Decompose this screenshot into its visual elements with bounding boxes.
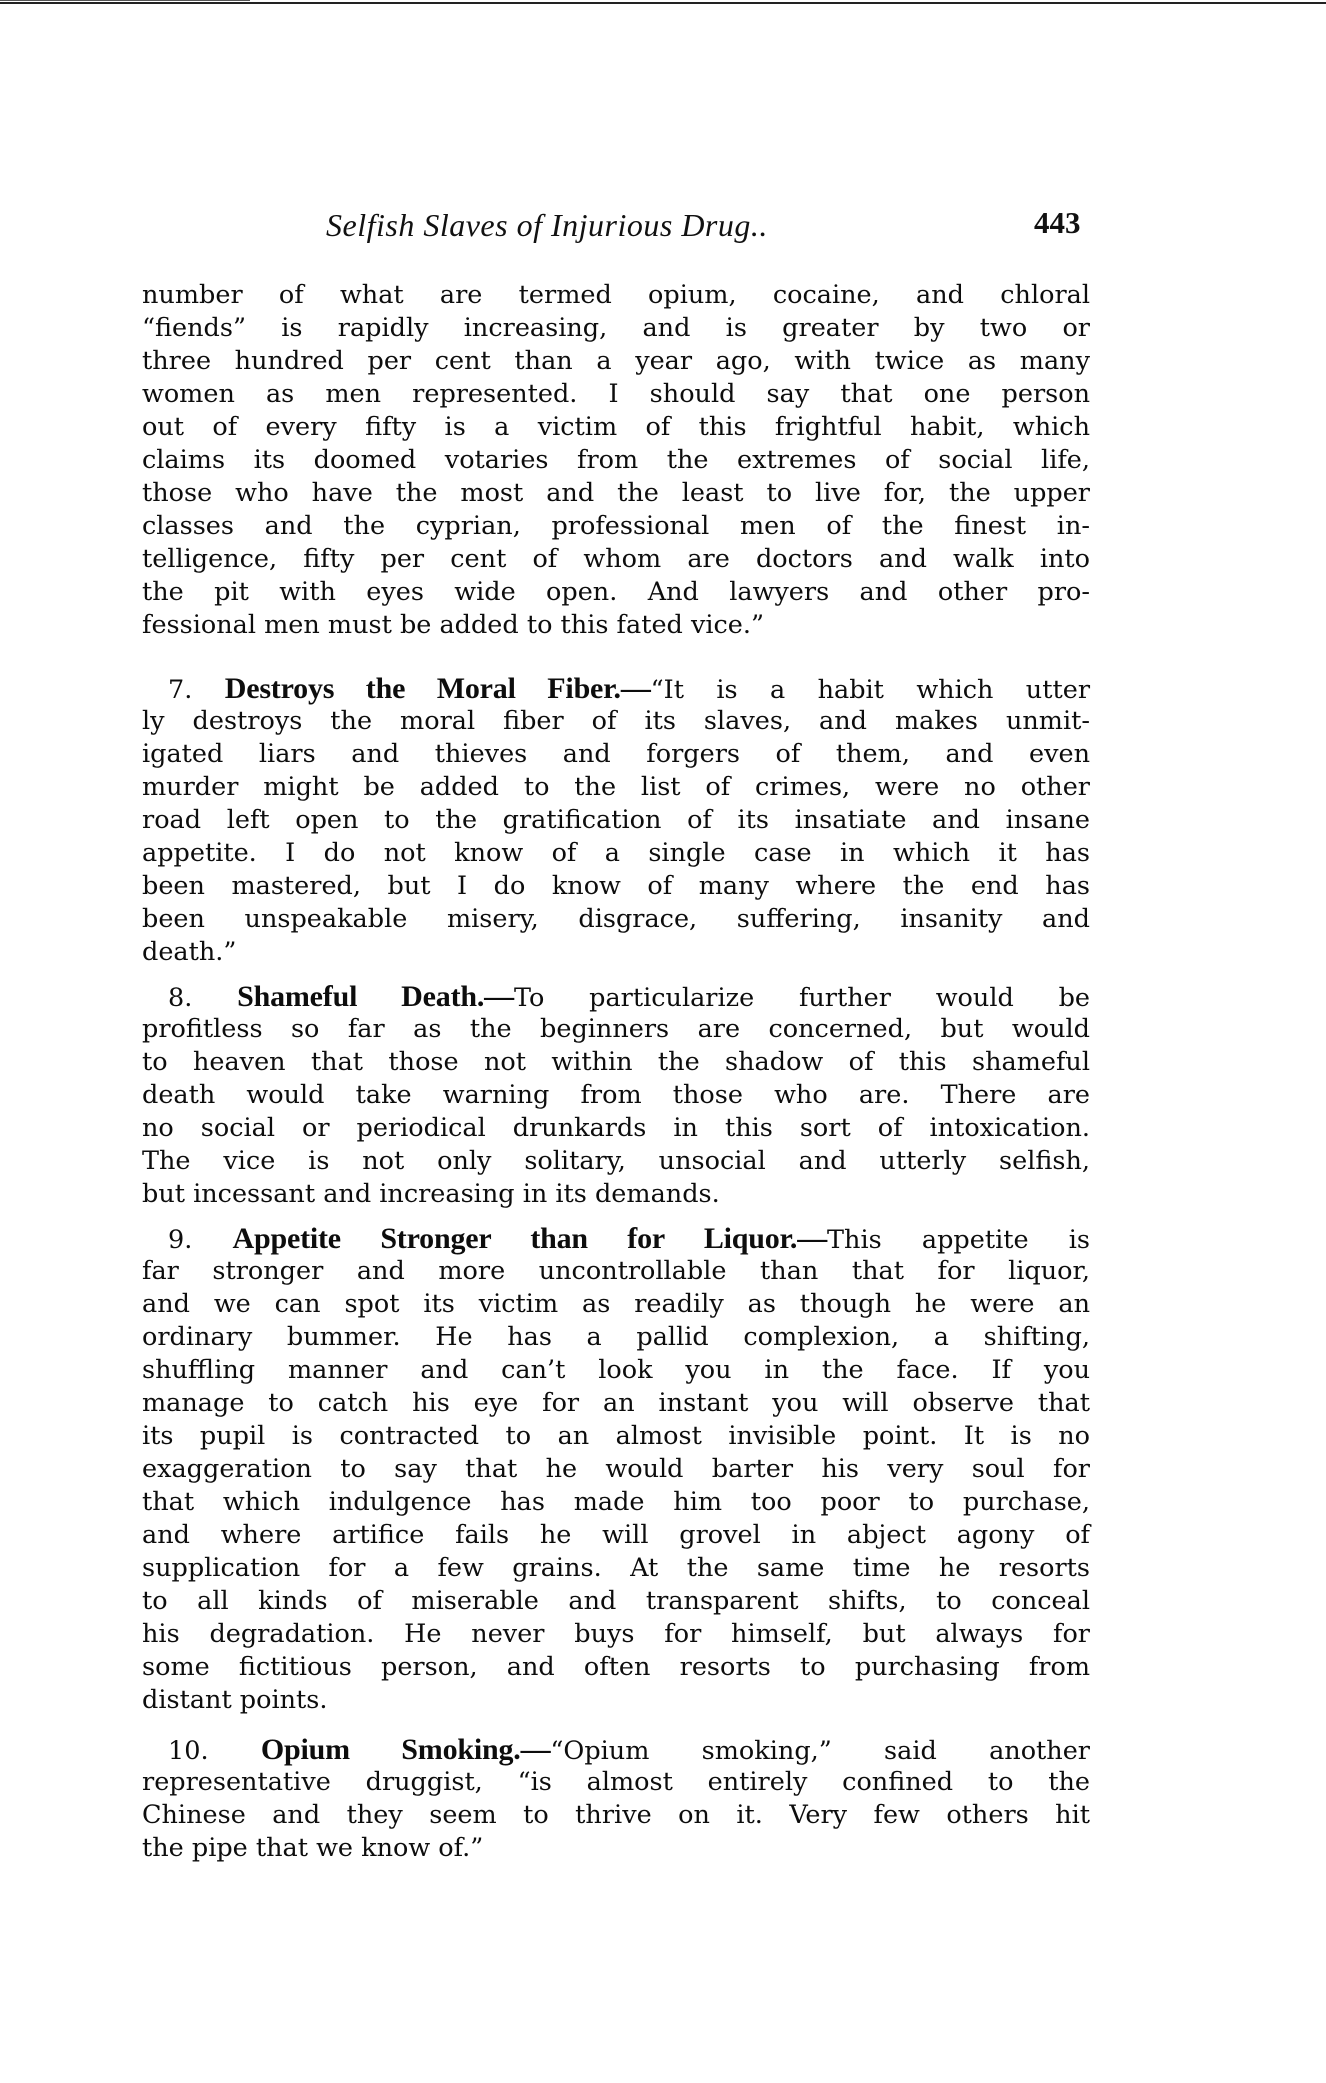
text-line: to all kinds of miserable and transparen… — [142, 1585, 1090, 1618]
text-line: telligence, fifty per cent of whom are d… — [142, 543, 1090, 576]
text-line: death.” — [142, 936, 1090, 969]
text-line: the pipe that we know of.” — [142, 1832, 1090, 1865]
text-line: his degradation. He never buys for himse… — [142, 1618, 1090, 1651]
section-heading-line: 10. Opium Smoking.—“Opium smoking,” said… — [142, 1733, 1090, 1766]
text-line: ly destroys the moral fiber of its slave… — [142, 705, 1090, 738]
section-heading-rest: “It is a habit which utter — [651, 675, 1090, 705]
page-top-edge-rule — [0, 2, 1326, 4]
section-heading-line: 8. Shameful Death.—To particularize furt… — [142, 980, 1090, 1013]
section-heading-rest: “Opium smoking,” said another — [550, 1736, 1090, 1766]
text-line: road left open to the gratification of i… — [142, 804, 1090, 837]
section-heading: Destroys the Moral Fiber.— — [225, 672, 651, 705]
text-line: far stronger and more uncontrollable tha… — [142, 1255, 1090, 1288]
text-line: three hundred per cent than a year ago, … — [142, 345, 1090, 378]
text-line: been unspeakable misery, disgrace, suffe… — [142, 903, 1090, 936]
text-line: and where artifice fails he will grovel … — [142, 1519, 1090, 1552]
text-line: manage to catch his eye for an instant y… — [142, 1387, 1090, 1420]
section-heading-rest: To particularize further would be — [514, 983, 1090, 1013]
text-line: death would take warning from those who … — [142, 1079, 1090, 1112]
text-line: The vice is not only solitary, unsocial … — [142, 1145, 1090, 1178]
text-line: supplication for a few grains. At the sa… — [142, 1552, 1090, 1585]
text-line: some fictitious person, and often resort… — [142, 1651, 1090, 1684]
section-heading-line: 7. Destroys the Moral Fiber.—“It is a ha… — [142, 672, 1090, 705]
section-7-destroys-moral-fiber: 7. Destroys the Moral Fiber.—“It is a ha… — [142, 672, 1090, 969]
text-line: the pit with eyes wide open. And lawyers… — [142, 576, 1090, 609]
text-line: representative druggist, “is almost enti… — [142, 1766, 1090, 1799]
section-8-shameful-death: 8. Shameful Death.—To particularize furt… — [142, 980, 1090, 1211]
section-number: 7. — [168, 675, 192, 705]
text-line: to heaven that those not within the shad… — [142, 1046, 1090, 1079]
section-heading: Shameful Death.— — [237, 980, 514, 1013]
section-heading: Opium Smoking.— — [261, 1733, 551, 1766]
paragraph-continuation: number of what are termed opium, cocaine… — [142, 279, 1090, 642]
text-line: igated liars and thieves and forgers of … — [142, 738, 1090, 771]
text-line: shuffling manner and can’t look you in t… — [142, 1354, 1090, 1387]
section-heading: Appetite Stronger than for Liquor.— — [233, 1222, 827, 1255]
section-number: 9. — [168, 1225, 192, 1255]
text-line: distant points. — [142, 1684, 1090, 1717]
text-line: women as men represented. I should say t… — [142, 378, 1090, 411]
text-line: murder might be added to the list of cri… — [142, 771, 1090, 804]
text-line: appetite. I do not know of a single case… — [142, 837, 1090, 870]
text-line: that which indulgence has made him too p… — [142, 1486, 1090, 1519]
text-line: its pupil is contracted to an almost inv… — [142, 1420, 1090, 1453]
page-top-edge-shadow — [0, 0, 250, 1]
text-line: claims its doomed votaries from the extr… — [142, 444, 1090, 477]
text-line: number of what are termed opium, cocaine… — [142, 279, 1090, 312]
text-line: classes and the cyprian, professional me… — [142, 510, 1090, 543]
section-10-opium-smoking: 10. Opium Smoking.—“Opium smoking,” said… — [142, 1733, 1090, 1865]
text-line: ordinary bummer. He has a pallid complex… — [142, 1321, 1090, 1354]
section-number: 8. — [168, 983, 192, 1013]
text-line: been mastered, but I do know of many whe… — [142, 870, 1090, 903]
text-line: fessional men must be added to this fate… — [142, 609, 1090, 642]
text-line: no social or periodical drunkards in thi… — [142, 1112, 1090, 1145]
section-9-appetite-stronger: 9. Appetite Stronger than for Liquor.—Th… — [142, 1222, 1090, 1717]
page-number: 443 — [1034, 205, 1081, 241]
section-number: 10. — [168, 1736, 209, 1766]
text-line: “fiends” is rapidly increasing, and is g… — [142, 312, 1090, 345]
text-line: but incessant and increasing in its dema… — [142, 1178, 1090, 1211]
text-line: exaggeration to say that he would barter… — [142, 1453, 1090, 1486]
text-line: profitless so far as the beginners are c… — [142, 1013, 1090, 1046]
section-heading-line: 9. Appetite Stronger than for Liquor.—Th… — [142, 1222, 1090, 1255]
section-heading-rest: This appetite is — [827, 1225, 1090, 1255]
text-line: out of every fifty is a victim of this f… — [142, 411, 1090, 444]
text-line: and we can spot its victim as readily as… — [142, 1288, 1090, 1321]
text-line: those who have the most and the least to… — [142, 477, 1090, 510]
text-line: Chinese and they seem to thrive on it. V… — [142, 1799, 1090, 1832]
running-head-title: Selfish Slaves of Injurious Drug.. — [326, 207, 768, 244]
